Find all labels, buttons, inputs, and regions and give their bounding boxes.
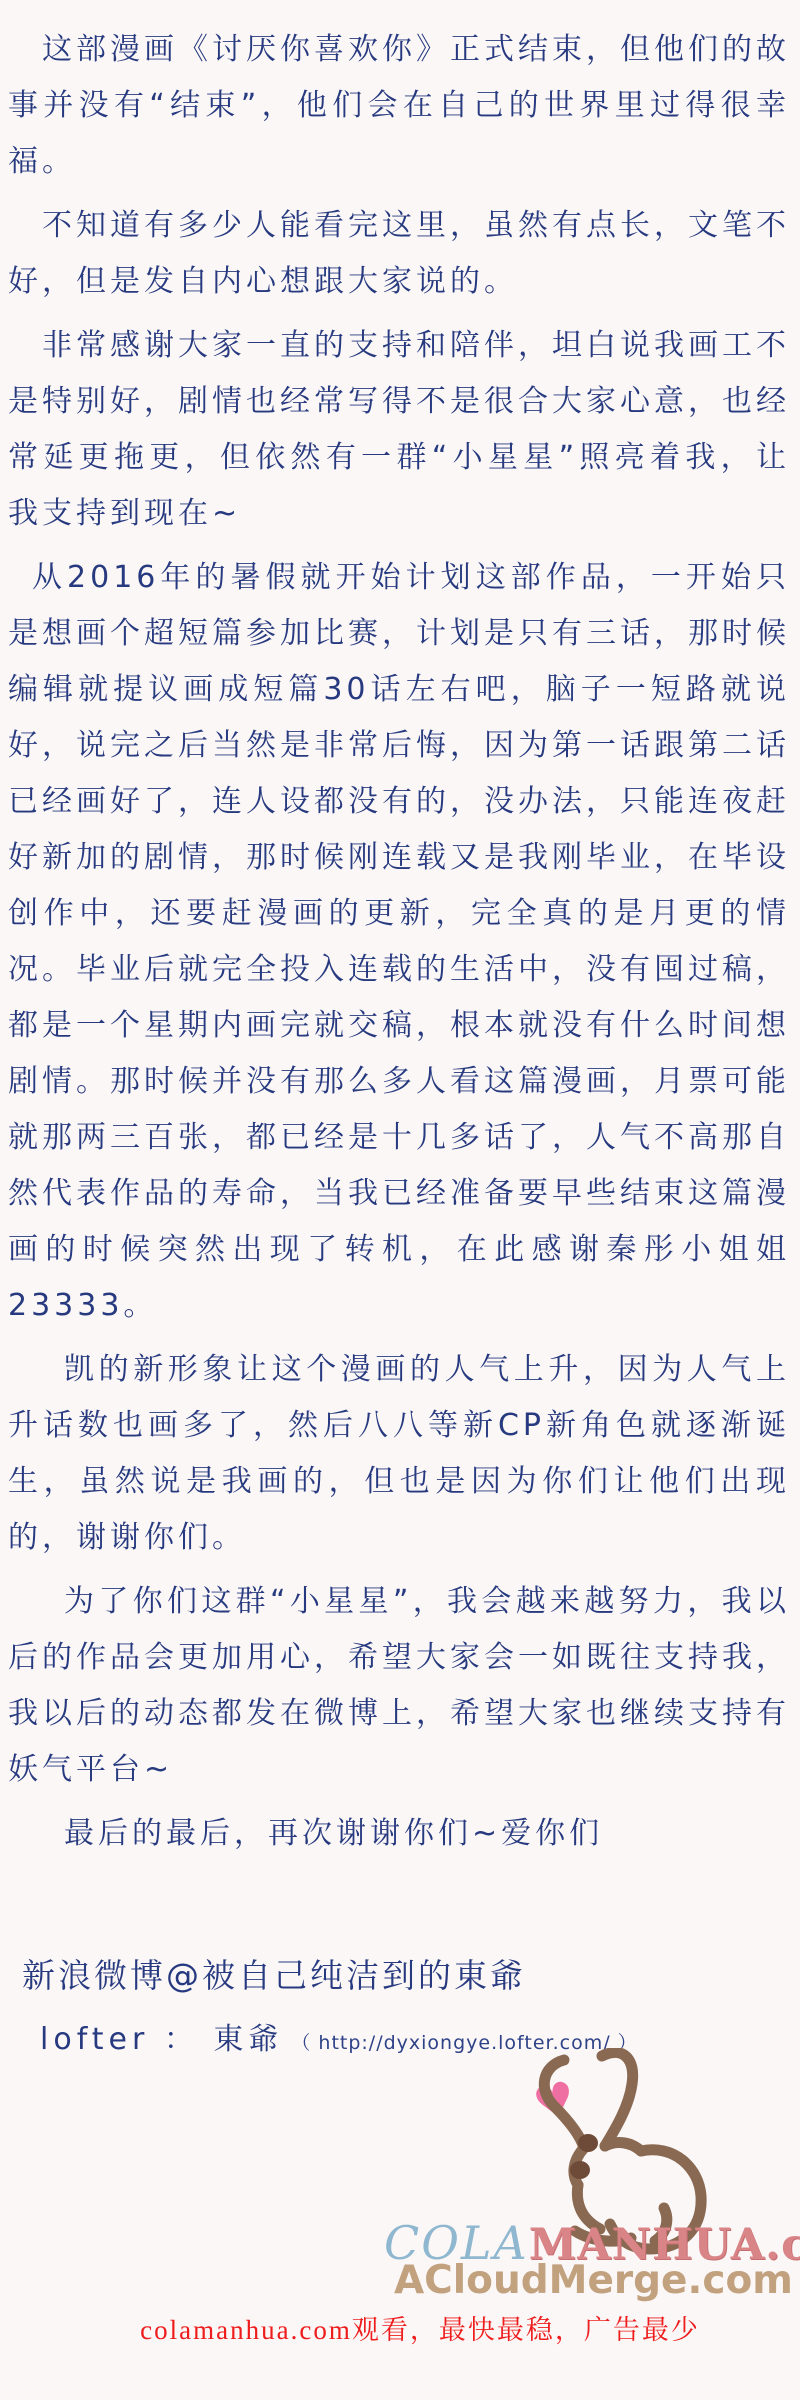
weibo-handle: 新浪微博@被自己纯洁到的東爺: [22, 1950, 526, 1997]
afterword-paragraph: 非常感谢大家一直的支持和陪伴，坦白说我画工不是特别好，剧情也经常写得不是很合大家…: [8, 318, 790, 542]
afterword-text: 这部漫画《讨厌你喜欢你》正式结束，但他们的故事并没有“结束”，他们会在自己的世界…: [0, 22, 800, 1942]
afterword-paragraph: 从2016年的暑假就开始计划这部作品，一开始只是想画个超短篇参加比赛，计划是只有…: [8, 550, 790, 1334]
afterword-paragraph: 这部漫画《讨厌你喜欢你》正式结束，但他们的故事并没有“结束”，他们会在自己的世界…: [8, 22, 790, 190]
lofter-label: lofter ： 東爺: [40, 2014, 283, 2058]
afterword-paragraph: 凯的新形象让这个漫画的人气上升，因为人气上升话数也画多了，然后八八等新CP新角色…: [8, 1342, 790, 1566]
watermark-acloudmerge: ACloudMerge.com: [394, 2258, 793, 2303]
site-notice: colamanhua.com观看，最快最稳，广告最少: [0, 2308, 800, 2347]
page-root: 这部漫画《讨厌你喜欢你》正式结束，但他们的故事并没有“结束”，他们会在自己的世界…: [0, 0, 800, 2400]
afterword-paragraph: 不知道有多少人能看完这里，虽然有点长，文笔不好，但是发自内心想跟大家说的。: [8, 198, 790, 310]
afterword-paragraph: 最后的最后，再次谢谢你们~爱你们: [8, 1806, 790, 1862]
afterword-paragraph: 为了你们这群“小星星”，我会越来越努力，我以后的作品会更加用心，希望大家会一如既…: [8, 1574, 790, 1798]
